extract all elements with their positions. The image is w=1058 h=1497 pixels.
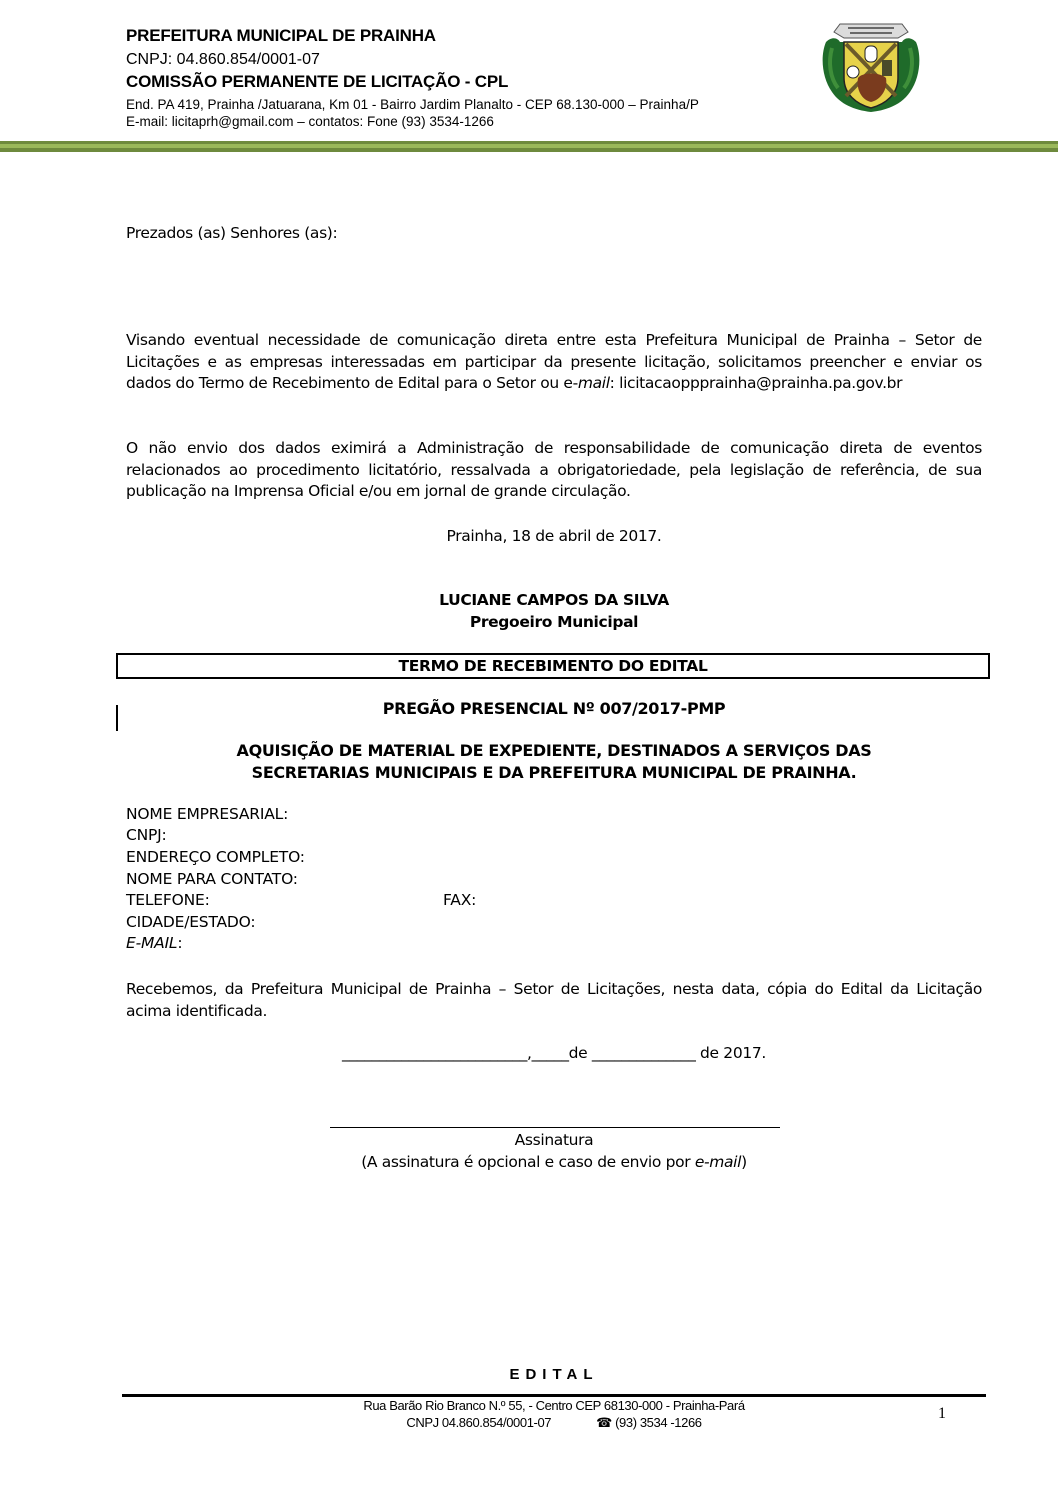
email-label: mail: [578, 374, 610, 392]
greeting: Prezados (as) Senhores (as):: [126, 223, 337, 245]
field-contato[interactable]: NOME PARA CONTATO:: [126, 870, 298, 888]
disclaimer-paragraph: O não envio dos dados eximirá a Administ…: [126, 438, 982, 503]
object-line-1: AQUISIÇÃO DE MATERIAL DE EXPEDIENTE, DES…: [126, 740, 982, 762]
field-cidade[interactable]: CIDADE/ESTADO:: [126, 913, 255, 931]
pregao-number: PREGÃO PRESENCIAL Nº 007/2017-PMP: [126, 698, 982, 720]
footer-rule: [122, 1394, 986, 1397]
footer-address: Rua Barão Rio Branco N.º 55, - Centro CE…: [126, 1398, 982, 1413]
field-telefone[interactable]: TELEFONE:: [126, 891, 210, 909]
signer-name: LUCIANE CAMPOS DA SILVA: [126, 590, 982, 612]
page-number: 1: [938, 1405, 946, 1423]
text-cursor: [116, 705, 118, 731]
date-line: Prainha, 18 de abril de 2017.: [126, 526, 982, 548]
footer-cnpj: CNPJ 04.860.854/0001-07: [406, 1415, 551, 1430]
note-prefix: (A assinatura é opcional e caso de envio…: [361, 1153, 695, 1171]
field-endereco[interactable]: ENDEREÇO COMPLETO:: [126, 848, 305, 866]
field-nome-empresarial[interactable]: NOME EMPRESARIAL:: [126, 805, 288, 823]
org-cnpj: CNPJ: 04.860.854/0001-07: [126, 51, 320, 69]
org-contact: E-mail: licitaprh@gmail.com – contatos: …: [126, 114, 494, 129]
footer-contact: CNPJ 04.860.854/0001-07 ☎ (93) 3534 -126…: [126, 1415, 982, 1431]
footer-section-title: EDITAL: [126, 1366, 982, 1383]
note-suffix: ): [741, 1153, 747, 1171]
termo-title: TERMO DE RECEBIMENTO DO EDITAL: [118, 657, 988, 675]
termo-title-box: TERMO DE RECEBIMENTO DO EDITAL: [116, 653, 990, 679]
field-fax[interactable]: FAX:: [443, 891, 476, 909]
email-field-colon: :: [177, 934, 182, 952]
org-name: PREFEITURA MUNICIPAL DE PRAINHA: [126, 26, 436, 46]
signature-note: (A assinatura é opcional e caso de envio…: [126, 1152, 982, 1174]
signer-role: Pregoeiro Municipal: [126, 612, 982, 634]
place-date-blanks[interactable]: _________________________,_____de ______…: [126, 1043, 982, 1065]
commission-name: COMISSÃO PERMANENTE DE LICITAÇÃO - CPL: [126, 72, 508, 92]
footer-phone: (93) 3534 -1266: [615, 1415, 702, 1430]
field-email[interactable]: E-MAIL:: [126, 934, 182, 952]
note-italic: e-mail: [695, 1153, 741, 1171]
intro-paragraph: Visando eventual necessidade de comunica…: [126, 330, 982, 395]
org-address: End. PA 419, Prainha /Jatuarana, Km 01 -…: [126, 97, 699, 112]
telephone-icon: ☎: [596, 1415, 612, 1430]
municipal-coat-of-arms-icon: [818, 16, 924, 114]
header-divider-band: [0, 141, 1058, 152]
signature-label: Assinatura: [126, 1130, 982, 1152]
contact-email[interactable]: : licitacaoppprainha@prainha.pa.gov.br: [610, 374, 903, 392]
object-line-2: SECRETARIAS MUNICIPAIS E DA PREFEITURA M…: [126, 762, 982, 784]
email-field-label: E-MAIL: [126, 934, 177, 952]
receipt-paragraph: Recebemos, da Prefeitura Municipal de Pr…: [126, 979, 982, 1022]
signature-line[interactable]: [330, 1127, 780, 1128]
procurement-object: AQUISIÇÃO DE MATERIAL DE EXPEDIENTE, DES…: [126, 740, 982, 784]
field-cnpj[interactable]: CNPJ:: [126, 826, 167, 844]
